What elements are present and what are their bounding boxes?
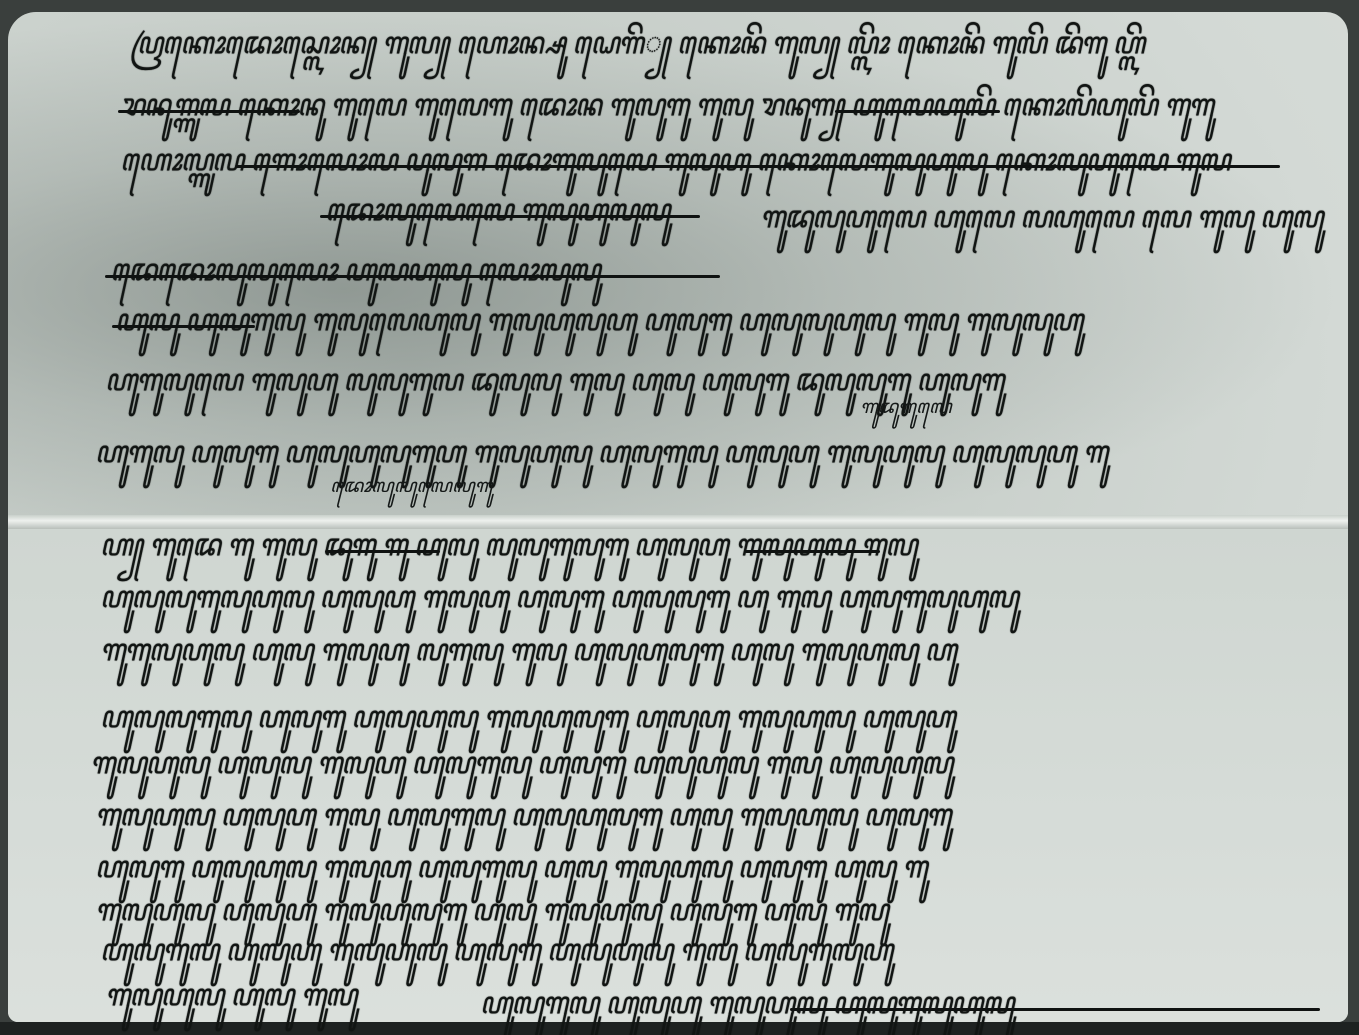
strikethrough-mark bbox=[105, 275, 720, 278]
line-text: ꦢꦺꦴꦭꦸꦭꦸꦭꦺꦭꦸꦒꦸ bbox=[330, 475, 492, 497]
strikethrough-mark bbox=[325, 550, 440, 553]
line-text: ꦲꦸꦒꦸꦭꦸ ꦲꦸꦭꦸꦒꦸ ꦲꦸꦭꦸꦲꦸꦭꦸꦒꦸꦲꦸ ꦒꦸꦭꦸꦲꦸꦭꦸ ꦲꦸꦭꦸ… bbox=[95, 427, 1107, 490]
line-text: ꦒꦸꦒꦸꦭꦸꦲꦸꦭꦸ ꦲꦸꦭꦸ ꦒꦸꦭꦸꦲꦸ ꦭꦸꦒꦸꦭꦸ ꦒꦸꦭꦸ ꦲꦸꦭꦸꦲ… bbox=[100, 625, 956, 688]
manuscript-line: ꦒꦸꦭꦸꦲꦸꦭꦸ ꦲꦸꦭꦸꦭꦸ ꦒꦸꦭꦸꦲꦸ ꦲꦸꦭꦸꦒꦸꦭꦸ ꦲꦸꦭꦸꦒꦸ ꦲ… bbox=[90, 748, 952, 792]
strikethrough-mark bbox=[790, 1008, 1320, 1011]
manuscript-line: ꦲꦸꦭꦸꦭꦸꦒꦸꦭꦸꦲꦸꦭꦸ ꦲꦸꦭꦸꦲꦸ ꦒꦸꦭꦸꦲꦸ ꦲꦸꦭꦸꦒꦸ ꦲꦸꦭꦸ… bbox=[100, 582, 1018, 626]
line-text: ꦥꦿꦏꦺꦴꦢꦺꦴꦱ꧀ꦭꦺꦴꦤ꧀ ꦒꦸꦭ꧀ ꦲꦺꦴꦤ꧀ꦱꦸ ꦝꦺꦒꦼ꧀ ꦏꦺꦴꦤꦼ… bbox=[130, 18, 1144, 81]
strikethrough-mark bbox=[320, 215, 700, 218]
strikethrough-mark bbox=[112, 325, 255, 328]
manuscript-line: ꦲꦸꦭꦸ ꦲꦸꦭꦸꦒꦸꦭꦸ ꦒꦸꦭꦸꦭꦺꦲꦸꦭꦸ ꦒꦸꦭꦸꦲꦸꦭꦸꦲꦸ ꦲꦸꦭꦸ… bbox=[115, 305, 1082, 349]
manuscript-line: ꦢꦺꦴꦭꦸꦭꦸꦭꦺꦭꦸꦒꦸ bbox=[330, 472, 492, 510]
strikethrough-mark bbox=[118, 110, 300, 113]
manuscript-line: ꦒꦸꦢꦸꦒꦸꦭꦺ bbox=[860, 393, 951, 431]
manuscript-line: ꦒꦸꦒꦸꦭꦸꦲꦸꦭꦸ ꦲꦸꦭꦸ ꦒꦸꦭꦸꦲꦸ ꦭꦸꦒꦸꦭꦸ ꦒꦸꦭꦸ ꦲꦸꦭꦸꦲ… bbox=[100, 635, 956, 679]
manuscript-line: ꦒꦸꦭꦸꦲꦸꦭꦸ ꦲꦸꦭꦸ ꦒꦸꦭꦸ bbox=[105, 980, 356, 1024]
manuscript-line: ꦒꦸꦢꦸꦭꦸꦲꦸꦭꦺ ꦲꦸꦭꦺ ꦭꦲꦸꦭꦺ ꦭꦺ ꦒꦸꦭꦸ ꦲꦸꦭꦸ bbox=[760, 202, 1322, 246]
manuscript-line: ꦲꦸꦒꦸꦭꦸ ꦲꦸꦭꦸꦒꦸ ꦲꦸꦭꦸꦲꦸꦭꦸꦒꦸꦲꦸ ꦒꦸꦭꦸꦲꦸꦭꦸ ꦲꦸꦭꦸ… bbox=[95, 437, 1107, 481]
line-text: ꦒꦸꦢꦸꦒꦸꦭꦺ bbox=[860, 396, 951, 418]
strikethrough-mark bbox=[835, 110, 1000, 113]
strikethrough-mark bbox=[235, 165, 395, 168]
line-text: ꦒꦸꦢꦸꦭꦸꦲꦸꦭꦺ ꦲꦸꦭꦺ ꦭꦲꦸꦭꦺ ꦭꦺ ꦒꦸꦭꦸ ꦲꦸꦭꦸ bbox=[760, 192, 1322, 255]
line-text: ꦲꦸꦭꦸꦒꦸꦭꦸ ꦲꦸꦭꦸꦲꦸ ꦒꦸꦭꦸꦲꦸꦭꦸ ꦲꦸꦭꦸꦒꦸꦭꦸꦲꦸꦭꦸ bbox=[480, 978, 1013, 1035]
line-text: ꦒꦸꦭꦸꦲꦸꦭꦸ ꦲꦸꦭꦸ ꦒꦸꦭꦸ bbox=[105, 970, 356, 1033]
manuscript-line: ꦒꦸꦭꦸꦲꦸꦭꦸ ꦲꦸꦭꦸꦲꦸ ꦒꦸꦭꦸ ꦲꦸꦭꦸꦒꦸꦭꦸ ꦲꦸꦭꦸꦲꦸꦭꦸꦒꦸ… bbox=[95, 800, 950, 844]
line-text: ꦲꦸꦭꦸ ꦲꦸꦭꦸꦒꦸꦭꦸ ꦒꦸꦭꦸꦭꦺꦲꦸꦭꦸ ꦒꦸꦭꦸꦲꦸꦭꦸꦲꦸ ꦲꦸꦭꦸ… bbox=[115, 295, 1082, 358]
strikethrough-mark bbox=[395, 165, 1280, 168]
manuscript-line: ꦥꦿꦏꦺꦴꦢꦺꦴꦱ꧀ꦭꦺꦴꦤ꧀ ꦒꦸꦭ꧀ ꦲꦺꦴꦤ꧀ꦱꦸ ꦝꦺꦒꦼ꧀ ꦏꦺꦴꦤꦼ… bbox=[130, 28, 1144, 72]
strikethrough-mark bbox=[745, 550, 880, 553]
